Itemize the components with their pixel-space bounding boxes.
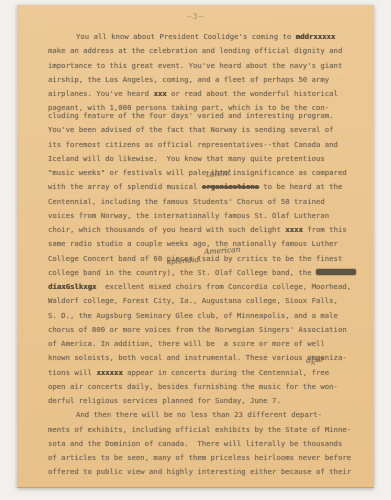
text-line: cluding feature of the four days' varied… (48, 109, 360, 123)
text-segment: its foremost citizens as official repres… (48, 140, 338, 149)
text-line: college band in the country), the St. Ol… (48, 266, 360, 280)
text-segment: diaxGslkxgx (48, 282, 96, 291)
text-segment: airship, the Los Angeles, coming, and a … (48, 75, 329, 84)
text-line: College Concert band of 60 pieces (said … (48, 252, 360, 266)
text-line: same radio studio a couple weeks ago, th… (48, 237, 360, 251)
text-line: You all know about President Coolidge's … (48, 30, 360, 44)
text-segment: S. D., the Augsburg Seminary Glee club, … (48, 311, 338, 320)
text-line: And then there will be no less than 23 d… (48, 408, 360, 422)
text-segment: derful religious services planned for Su… (48, 396, 281, 405)
text-line: of America. In addition, there will be a… (48, 337, 360, 351)
text-segment: same radio studio a couple weeks ago, th… (48, 239, 338, 248)
text-line: tions will xxxxxx appear in concerts dur… (48, 366, 360, 380)
text-line: make an address at the celebration and l… (48, 44, 360, 58)
text-segment: chorus of 800 or more voices from the No… (48, 325, 347, 334)
text-segment: from this (303, 225, 347, 234)
text-segment: airplanes. You've heard (48, 89, 153, 98)
text-line: airship, the Los Angeles, coming, and a … (48, 73, 360, 87)
text-segment: offered to public view and highly intere… (48, 467, 351, 476)
text-segment: And then there will be no less than 23 d… (76, 410, 322, 419)
blacked-out-word (316, 269, 356, 275)
text-line: Iceland will do likewise. You know that … (48, 152, 360, 166)
text-line: You've been advised of the fact that Nor… (48, 123, 360, 137)
text-line: its foremost citizens as official repres… (48, 138, 360, 152)
text-segment: Waldorf college, Forest City, Ia., Augus… (48, 296, 338, 305)
text-line: ments of exhibits, including official ex… (48, 423, 360, 437)
text-segment: importance to this great event. You've h… (48, 61, 342, 70)
text-segment: of articles to be seen, many of them pri… (48, 453, 351, 462)
text-segment: voices from Norway, the internationally … (48, 211, 329, 220)
text-segment: known soloists, both vocal and instrumen… (48, 353, 347, 362)
text-segment: College Concert band of 60 pieces (said … (48, 254, 342, 263)
text-line: diaxGslkxgx excellent mixed choirs from … (48, 280, 360, 294)
text-segment: or read about the wonderful historical (167, 89, 338, 98)
text-line: S. D., the Augsburg Seminary Glee club, … (48, 309, 360, 323)
text-segment: xxxx (285, 225, 303, 234)
text-line: "music weeks" or festivals will pale int… (48, 166, 360, 180)
text-segment: mddrxxxxx (296, 32, 336, 41)
text-line: of articles to be seen, many of them pri… (48, 451, 360, 465)
text-segment: Centennial, including the famous Student… (48, 197, 325, 206)
text-line: with the array of splendid musical organ… (48, 180, 360, 194)
text-segment: "music weeks" or festivals will pale int… (48, 168, 347, 177)
text-segment: tions will (48, 368, 96, 377)
text-line: offered to public view and highly intere… (48, 465, 360, 479)
text-line: chorus of 800 or more voices from the No… (48, 323, 360, 337)
text-line: importance to this great event. You've h… (48, 59, 360, 73)
document-page: —3— You all know about President Coolidg… (17, 5, 374, 488)
text-segment: with the array of splendid musical (48, 182, 202, 191)
text-segment: to be heard at the (259, 182, 342, 191)
text-line: derful religious services planned for Su… (48, 394, 360, 408)
text-line: Centennial, including the famous Student… (48, 195, 360, 209)
text-segment: cluding feature of the four days' varied… (48, 111, 334, 120)
text-segment: appear in concerts during the Centennial… (123, 368, 329, 377)
typed-text-body: You all know about President Coolidge's … (48, 30, 360, 480)
text-line: airplanes. You've heard xxx or read abou… (48, 87, 360, 101)
scanned-document-screenshot: { "page": { "page_number": "—3—", "color… (0, 0, 391, 500)
text-line: Waldorf college, Forest City, Ia., Augus… (48, 294, 360, 308)
text-segment: You've been advised of the fact that Nor… (48, 125, 334, 134)
text-segment: open air concerts daily, besides furnish… (48, 382, 338, 391)
text-line: open air concerts daily, besides furnish… (48, 380, 360, 394)
page-number: —3— (17, 12, 374, 21)
text-segment: college band in the country), the St. Ol… (48, 268, 316, 277)
text-line: known soloists, both vocal and instrumen… (48, 351, 360, 365)
text-segment: make an address at the celebration and l… (48, 46, 342, 55)
text-segment: of America. In addition, there will be a… (48, 339, 325, 348)
text-line: voices from Norway, the internationally … (48, 209, 360, 223)
text-segment: excellent mixed choirs from Concordia co… (96, 282, 351, 291)
text-segment: choir, which thousands of you heard with… (48, 225, 285, 234)
text-line: choir, which thousands of you heard with… (48, 223, 360, 237)
text-segment: xxx (153, 89, 166, 98)
text-segment: xxxxxx (96, 368, 122, 377)
text-segment: You all know about President Coolidge's … (76, 32, 296, 41)
text-segment: organizations (202, 182, 259, 191)
text-segment: sota and the Dominion of canada. There w… (48, 439, 342, 448)
text-line: sota and the Dominion of canada. There w… (48, 437, 360, 451)
text-segment: ments of exhibits, including official ex… (48, 425, 351, 434)
text-segment: Iceland will do likewise. You know that … (48, 154, 325, 163)
